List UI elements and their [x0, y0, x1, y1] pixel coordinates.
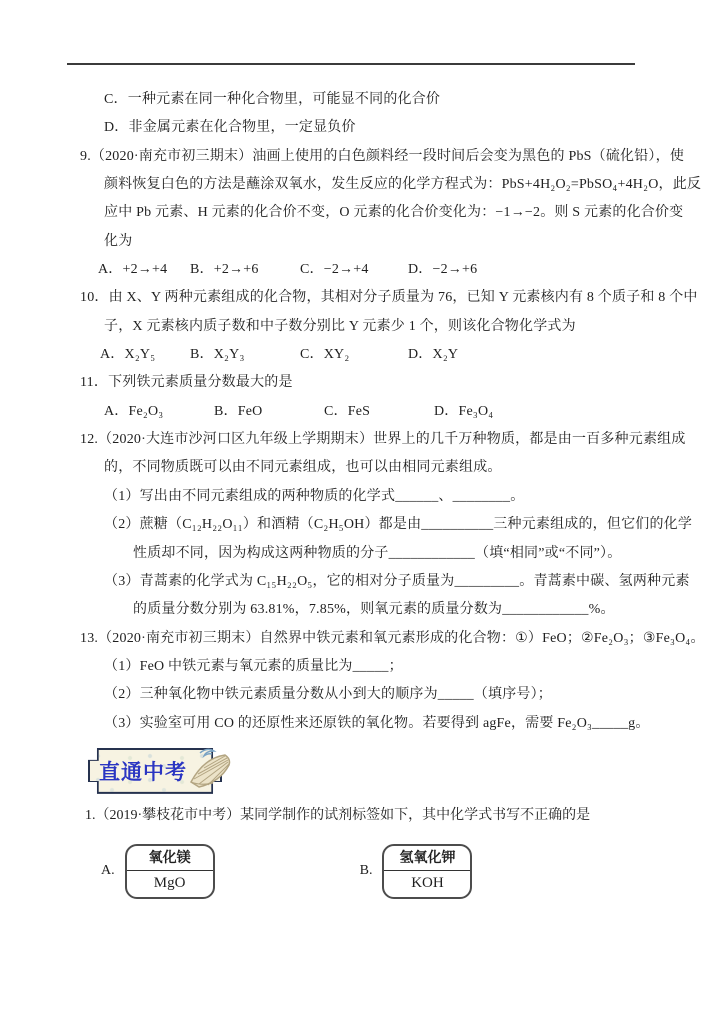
- header-rule: [67, 63, 635, 65]
- option: A．+2→+4: [98, 256, 190, 284]
- seashell-icon: [184, 746, 236, 794]
- text-line: （2）蔗糖（C₁₂H₂₂O₁₁）和酒精（C₂H₅OH）都是由__________…: [0, 511, 720, 539]
- reagent-labels-row: A. 氧化镁 MgO B. 氢氧化钾 KOH: [0, 844, 720, 899]
- options-row: A．Fe₂O₃B．FeOC．FeSD．Fe₃O₄: [0, 398, 720, 426]
- badge-title: 直通中考: [99, 756, 187, 786]
- reagent-name: 氢氧化钾: [384, 846, 470, 870]
- option-letter-a: A.: [101, 863, 115, 879]
- text-line: （1）FeO 中铁元素与氧元素的质量比为_____；: [0, 653, 720, 681]
- reagent-option-b: B. 氢氧化钾 KOH: [360, 844, 473, 899]
- text-line: 12.（2020·大连市沙河口区九年级上学期期末）世界上的几千万种物质，都是由一…: [0, 426, 720, 454]
- text-line: 性质却不同，因为构成这两种物质的分子____________（填“相同”或“不同…: [0, 540, 720, 568]
- text-line: 的，不同物质既可以由不同元素组成，也可以由相同元素组成。: [0, 454, 720, 482]
- reagent-name: 氧化镁: [127, 846, 213, 870]
- text-line: D．非金属元素在化合物里，一定显负价: [0, 114, 720, 142]
- option: B．+2→+6: [190, 256, 300, 284]
- reagent-option-a: A. 氧化镁 MgO: [101, 844, 215, 899]
- option: D．X₂Y: [408, 341, 458, 369]
- text-line: 11．下列铁元素质量分数最大的是: [0, 369, 720, 397]
- exam-question: 1.（2019·攀枝花市中考）某同学制作的试剂标签如下，其中化学式书写不正确的是: [0, 802, 720, 830]
- option: C．FeS: [324, 398, 434, 426]
- option: B．FeO: [214, 398, 324, 426]
- option-letter-b: B.: [360, 863, 373, 879]
- section-badge: 直通中考: [88, 748, 222, 794]
- text-line: 子，X 元素核内质子数和中子数分别比 Y 元素少 1 个，则该化合物化学式为: [0, 313, 720, 341]
- reagent-label-mgo: 氧化镁 MgO: [125, 844, 215, 899]
- text-line: 13.（2020·南充市初三期末）自然界中铁元素和氧元素形成的化合物：①）FeO…: [0, 625, 720, 653]
- options-row: A．X₂Y₅B．X₂Y₃C．XY₂D．X₂Y: [0, 341, 720, 369]
- option: D．−2→+6: [408, 256, 477, 284]
- option: D．Fe₃O₄: [434, 398, 493, 426]
- reagent-formula: MgO: [127, 871, 213, 897]
- text-line: 10．由 X、Y 两种元素组成的化合物，其相对分子质量为 76，已知 Y 元素核…: [0, 284, 720, 312]
- doc-lines: C．一种元素在同一种化合物里，可能显不同的化合价D．非金属元素在化合物里，一定显…: [0, 86, 720, 738]
- text-line: 化为: [0, 228, 720, 256]
- text-line: 9.（2020·南充市初三期末）油画上使用的白色颜料经一段时间后会变为黑色的 P…: [0, 143, 720, 171]
- text-line: （3）实验室可用 CO 的还原性来还原铁的氧化物。若要得到 agFe，需要 Fe…: [0, 710, 720, 738]
- document-body: C．一种元素在同一种化合物里，可能显不同的化合价D．非金属元素在化合物里，一定显…: [0, 86, 720, 899]
- worksheet-page: C．一种元素在同一种化合物里，可能显不同的化合价D．非金属元素在化合物里，一定显…: [0, 0, 720, 1019]
- text-line: 应中 Pb 元素、H 元素的化合价不变，O 元素的化合价变化为：−1→−2。则 …: [0, 199, 720, 227]
- reagent-formula: KOH: [384, 871, 470, 897]
- option: C．XY₂: [300, 341, 408, 369]
- option: A．X₂Y₅: [100, 341, 190, 369]
- reagent-label-koh: 氢氧化钾 KOH: [382, 844, 472, 899]
- options-row: A．+2→+4B．+2→+6C．−2→+4D．−2→+6: [0, 256, 720, 284]
- option: A．Fe₂O₃: [104, 398, 214, 426]
- text-line: （1）写出由不同元素组成的两种物质的化学式______、________。: [0, 483, 720, 511]
- text-line: C．一种元素在同一种化合物里，可能显不同的化合价: [0, 86, 720, 114]
- text-line: 的质量分数分别为 63.81%，7.85%，则氧元素的质量分数为________…: [0, 596, 720, 624]
- text-line: （3）青蒿素的化学式为 C₁₅H₂₂O₅，它的相对分子质量为_________。…: [0, 568, 720, 596]
- text-line: （2）三种氧化物中铁元素质量分数从小到大的顺序为_____（填序号）；: [0, 681, 720, 709]
- text-line: 颜料恢复白色的方法是蘸涂双氧水，发生反应的化学方程式为：PbS+4H₂O₂=Pb…: [0, 171, 720, 199]
- option: B．X₂Y₃: [190, 341, 300, 369]
- option: C．−2→+4: [300, 256, 408, 284]
